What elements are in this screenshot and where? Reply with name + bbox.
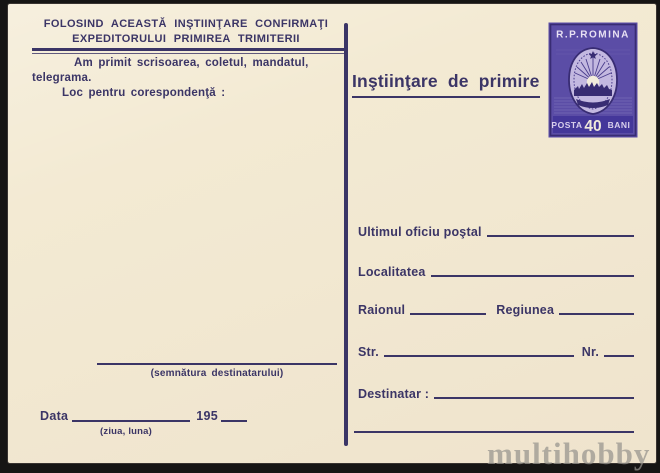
stamp-country-text: R.P.ROMINA [556,30,630,41]
receipt-statement: Am primit scrisoarea, coletul, mandatul,… [32,56,336,100]
column-divider [344,23,348,446]
last-post-office-line [487,235,634,237]
field-street-number: Str. Nr. [358,341,634,358]
region-label: Regiunea [496,304,559,317]
date-label: Data [40,409,68,423]
street-label: Str. [358,346,384,359]
confirmation-header: FOLOSIND ACEASTĂ INŞTIINŢARE CONFIRMAŢI … [26,17,346,47]
stamp-value-text: 40 [584,118,601,135]
correspondence-label: Loc pentru corespondenţă : [32,86,336,101]
last-post-office-label: Ultimul oficiu poştal [358,226,487,239]
year-line [221,420,247,422]
field-district-region: Raionul Regiunea [358,299,634,316]
field-last-post-office: Ultimul oficiu poştal [358,221,634,238]
postage-stamp: R.P.ROMINA POSTA 40 BANI [548,22,638,138]
header-divider-rule [32,48,344,54]
header-rule-thick [32,48,344,51]
number-label: Nr. [582,346,604,359]
field-addressee: Destinatar : [358,383,634,400]
page-title: Inştiinţare de primire [352,71,540,98]
signature-area: (semnătura destinatarului) [97,347,337,379]
addressee-label: Destinatar : [358,388,434,401]
bottom-rule [354,431,634,433]
addressee-line [434,397,634,399]
header-rule-thin [32,53,344,54]
date-caption: (ziua, luna) [100,426,152,437]
street-line [384,355,574,357]
year-prefix: 195 [196,409,218,423]
locality-line [431,275,634,277]
stamp-bani-text: BANI [608,120,631,130]
field-locality: Localitatea [358,261,634,278]
header-line2: EXPEDITORULUI PRIMIREA TRIMITERII [26,32,346,47]
district-line [410,313,486,315]
signature-caption: (semnătura destinatarului) [97,368,337,379]
stamp-posta-text: POSTA [551,120,582,130]
locality-label: Localitatea [358,266,431,279]
received-items-text: Am primit scrisoarea, coletul, mandatul,… [32,56,336,85]
district-label: Raionul [358,304,410,317]
date-line [72,420,190,422]
postcard: FOLOSIND ACEASTĂ INŞTIINŢARE CONFIRMAŢI … [8,4,656,463]
region-line [559,313,634,315]
date-row: Data 195 [40,404,260,423]
watermark: multihobby [487,436,650,472]
coat-of-arms-icon [569,48,617,114]
header-line1: FOLOSIND ACEASTĂ INŞTIINŢARE CONFIRMAŢI [26,17,346,32]
signature-line [97,347,337,365]
number-line [604,355,634,357]
